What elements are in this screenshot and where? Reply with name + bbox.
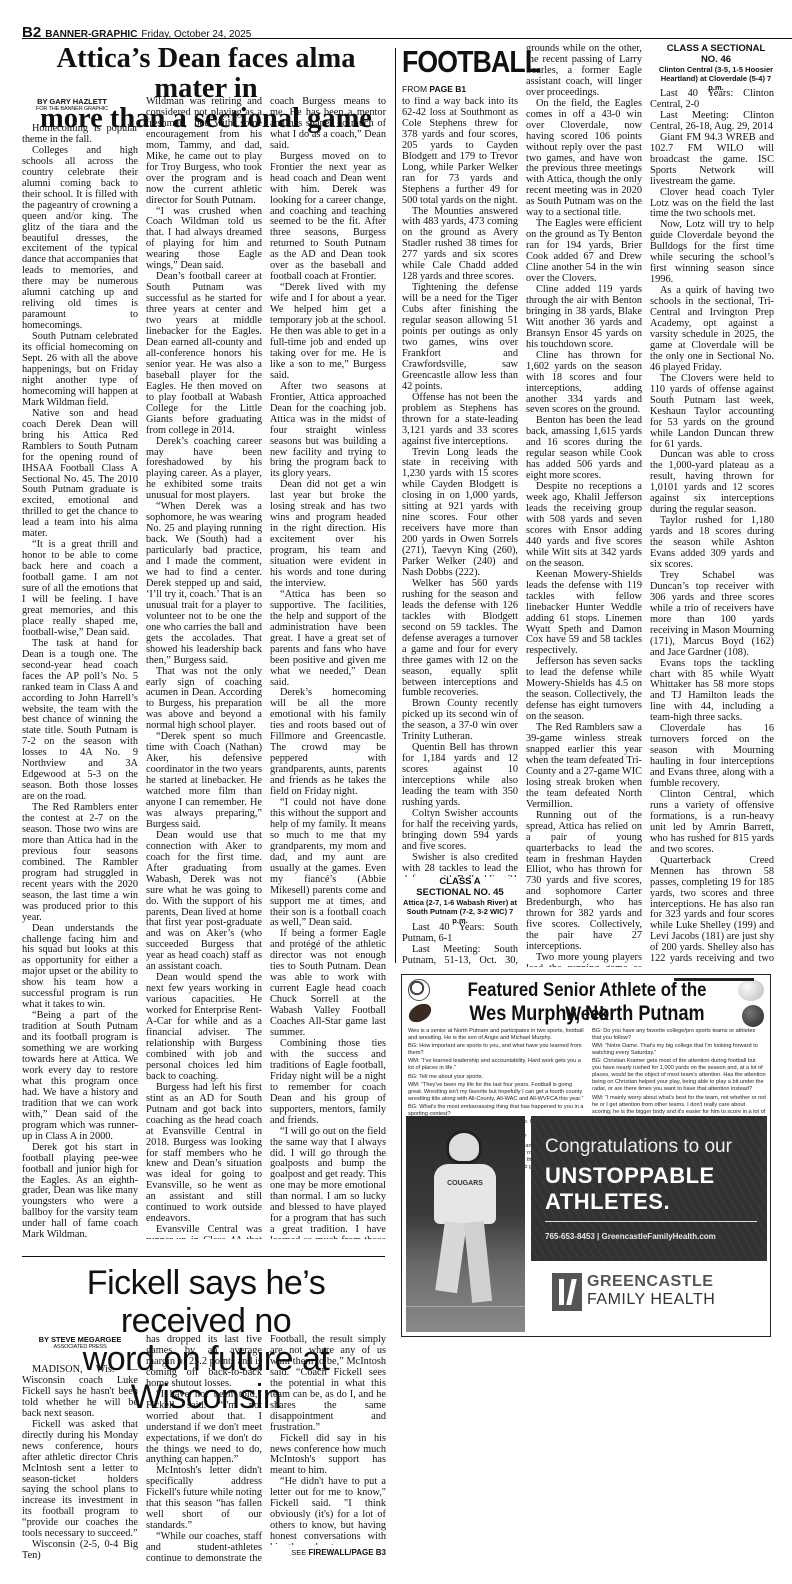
paragraph: Wes is a senior at North Putnam and part… (408, 1028, 586, 1042)
football-column-3: Last 40 Years: Clinton Central, 2-0Last … (650, 89, 774, 967)
football-column-1: to find a way back into its 62-42 loss a… (402, 97, 518, 877)
jump-target: FIREWALL/PAGE B3 (308, 1548, 386, 1557)
jump-from: FROM PAGE B1 (402, 84, 466, 94)
paragraph: Coltyn Swisher accounts for half the rec… (402, 809, 518, 853)
paragraph: Two more young players lead the running … (526, 953, 642, 967)
sectional-title: CLASS A SECTIONAL (650, 44, 782, 55)
ad-divider (545, 1221, 757, 1222)
paragraph: Cline added 119 yards through the air wi… (526, 285, 642, 351)
paragraph: Evansville Central was runner-up in Clas… (146, 1225, 262, 1239)
paragraph: “I could not have done this without the … (270, 798, 386, 929)
paragraph: “Derek spent so much time with Coach (Na… (146, 732, 262, 831)
paragraph: The Mounties answered with 483 yards, 47… (402, 207, 518, 284)
paragraph: Quarterback Creed Mennen has thrown 58 p… (650, 856, 774, 967)
paragraph: “Being a part of the tradition at South … (22, 1011, 138, 1142)
paragraph: Clover head coach Tyler Lotz was on the … (650, 188, 774, 221)
sectional-matchup: Attica (2-7, 1-6 Wabash River) at South … (402, 898, 518, 925)
story2-column-3: Football, the result simply are not wher… (270, 1335, 386, 1545)
ad-line-1: Congratulations to our (545, 1136, 732, 1158)
paragraph: Last Meeting: South Putnam, 51-13, Oct. … (402, 945, 518, 967)
paragraph: Taylor rushed for 1,180 yards and 18 sco… (650, 516, 774, 571)
athlete-name: Wes Murphy, North Putnam (445, 1002, 729, 1026)
paragraph: has dropped its last five games by an av… (146, 1335, 262, 1390)
story1-column-2: Wildman was retiring and considered not … (146, 97, 262, 1239)
paragraph: Duncan was able to cross the 1,000-yard … (650, 450, 774, 516)
paragraph: “I have not been told,” Fickell said. “I… (146, 1390, 262, 1467)
paragraph: “It is a great thrill and honor to be ab… (22, 540, 138, 639)
football-kicker: FOOTBALL (402, 44, 540, 80)
paragraph: Offense has not been the problem as Step… (402, 393, 518, 448)
paragraph: Derek’s homecoming will be all the more … (270, 688, 386, 798)
paragraph: coach Burgess means to me. He has been a… (270, 97, 386, 152)
athlete-photo: COUGARS (406, 1116, 525, 1332)
paragraph: As a quirk of having two schools in the … (650, 286, 774, 374)
paragraph: WM: “Notre Dame. That's my big college t… (592, 1043, 766, 1057)
paragraph: Homecoming is popular theme in the fall. (22, 124, 138, 146)
paragraph: Brown County recently picked up its seco… (402, 699, 518, 743)
jersey: COUGARS (434, 1164, 496, 1224)
paragraph: The Eagles were efficient on the ground … (526, 219, 642, 285)
story1-column-1: Homecoming is popular theme in the fall.… (22, 124, 138, 1239)
volleyball-icon (738, 979, 764, 1001)
ad-contact: 765-653-8453 | GreencastleFamilyHealth.c… (545, 1232, 716, 1241)
paragraph: Dean would use that connection with Aker… (146, 831, 262, 973)
folio: B2 BANNER-GRAPHIC Friday, October 24, 20… (22, 24, 251, 44)
paragraph: Jefferson has seven sacks to lead the de… (526, 657, 642, 723)
paragraph: Cline has thrown for 1,602 yards on the … (526, 351, 642, 417)
sectional-45-notes: Last 40 Years: South Putnam, 6-1Last Mee… (402, 923, 518, 967)
paragraph: If being a former Eagle and protégé of t… (270, 929, 386, 1039)
story2-byline: BY STEVE MEGARGEE ASSOCIATED PRESS (22, 1335, 138, 1350)
paragraph: Derek’s coaching career may have been fo… (146, 437, 262, 503)
paragraph: Running out of the spread, Attica has re… (526, 811, 642, 953)
byline-org: FOR THE BANNER GRAPHIC (22, 106, 122, 112)
paragraph: WM: “I've learned leadership and account… (408, 1058, 586, 1072)
paragraph: grounds while on the other, the recent p… (526, 44, 642, 99)
paragraph: Dean’s football career at South Putnam w… (146, 272, 262, 436)
paragraph: Dean would spend the next few years work… (146, 973, 262, 1083)
paragraph: After two seasons at Frontier, Attica ap… (270, 382, 386, 481)
paragraph: Benton has been the lead back, amassing … (526, 416, 642, 482)
paragraph: Burgess had left his first stint as an A… (146, 1083, 262, 1225)
paragraph: McIntosh's letter didn't specifically ad… (146, 1466, 262, 1532)
paragraph: Dean did not get a win last year but bro… (270, 480, 386, 590)
soccer-ball-icon (408, 979, 430, 1001)
paragraph: Last 40 Years: South Putnam, 6-1 (402, 923, 518, 945)
paragraph: Giant FM 94.3 WREB and 102.7 FM WILO wil… (650, 133, 774, 188)
paragraph: “I was crushed when Coach Wildman told u… (146, 207, 262, 273)
logo-line-1: GREENCASTLE (587, 1273, 715, 1291)
paragraph: BG: How important are sports to you, and… (408, 1043, 586, 1057)
paragraph: “I will go out on the field the same way… (270, 1127, 386, 1239)
paragraph: South Putnam celebrated its official hom… (22, 332, 138, 409)
greencastle-logo-text: GREENCASTLE FAMILY HEALTH (587, 1273, 715, 1309)
paragraph: “When Derek was a sophomore, he was wear… (146, 502, 262, 666)
paragraph: MADISON, Wis. — Wisconsin coach Luke Fic… (22, 1365, 138, 1420)
sectional-title: SECTIONAL NO. 45 (402, 888, 518, 899)
paragraph: WM: “They've been my life for the last f… (408, 1082, 586, 1103)
featured-athlete-box: Featured Senior Athlete of the Week Wes … (401, 974, 771, 1337)
greencastle-logo-icon (552, 1273, 582, 1311)
paragraph: Tightening the defense will be a need fo… (402, 283, 518, 393)
top-rule (22, 38, 792, 39)
see-label: SEE (291, 1548, 306, 1557)
sectional-matchup: Clinton Central (3-5, 1-5 Hoosier Heartl… (650, 65, 782, 92)
leg (435, 1221, 467, 1293)
paragraph: Trevin Long leads the state in receiving… (402, 448, 518, 579)
byline-org: ASSOCIATED PRESS (22, 1344, 138, 1350)
paragraph: BG: Christian Kramer gets most of the at… (592, 1058, 766, 1093)
paragraph: “Attica has been so supportive. The faci… (270, 590, 386, 689)
paragraph: Despite no receptions a week ago, Khalil… (526, 482, 642, 570)
football-icon (406, 1000, 435, 1026)
paragraph: On the field, the Eagles comes in off a … (526, 99, 642, 219)
yard-line (406, 1306, 525, 1307)
paragraph: Wisconsin (2-5, 0-4 Big Ten) (22, 1540, 138, 1562)
sectional-title: NO. 46 (650, 55, 782, 66)
paragraph: Trey Schabel was Duncan’s top receiver w… (650, 571, 774, 659)
paragraph: That was not the only early sign of coac… (146, 667, 262, 733)
paragraph: Native son and head coach Derek Dean wil… (22, 409, 138, 540)
byline-name: BY GARY HAZLETT (22, 97, 122, 106)
headline-line: Fickell says he’s received no (22, 1264, 390, 1340)
paragraph: “Derek lived with my wife and I for abou… (270, 283, 386, 382)
football-column-2: grounds while on the other, the recent p… (526, 44, 642, 967)
byline-name: BY STEVE MEGARGEE (22, 1335, 138, 1344)
ad-line-2: UNSTOPPABLE (545, 1164, 715, 1188)
leg (464, 1221, 492, 1303)
story2-column-1: MADISON, Wis. — Wisconsin coach Luke Fic… (22, 1365, 138, 1565)
paragraph: Quentin Bell has thrown for 1,184 yards … (402, 743, 518, 809)
ad-line-3: ATHLETES. (545, 1190, 670, 1214)
paragraph: Dean understands the challenge facing hi… (22, 924, 138, 1012)
story1-column-3: coach Burgess means to me. He has been a… (270, 97, 386, 1239)
paragraph: to find a way back into its 62-42 loss a… (402, 97, 518, 207)
headline-line: Attica’s Dean faces alma mater in (22, 44, 390, 104)
paragraph: Welker has 560 yards rushing for the sea… (402, 579, 518, 699)
paragraph: Football, the result simply are not wher… (270, 1335, 386, 1434)
paragraph: Clinton Central, which runs a variety of… (650, 790, 774, 856)
paragraph: Swisher is also credited with 28 tackles… (402, 853, 518, 877)
sectional-45-box: CLASS A SECTIONAL NO. 45 Attica (2-7, 1-… (402, 877, 518, 925)
paragraph: “While our coaches, staff and student-at… (146, 1532, 262, 1565)
sectional-title: CLASS A (402, 877, 518, 888)
basketball-icon (742, 1005, 764, 1027)
from-page: PAGE B1 (429, 84, 466, 94)
jump-see[interactable]: SEE FIREWALL/PAGE B3 (270, 1548, 386, 1557)
paragraph: Fickell did say in his news conference h… (270, 1434, 386, 1478)
paragraph: Colleges and high schools all across the… (22, 146, 138, 332)
jersey-text: COUGARS (434, 1180, 496, 1187)
greencastle-ad[interactable]: Congratulations to our UNSTOPPABLE ATHLE… (531, 1116, 767, 1261)
paragraph: The task at hand for Dean is a tough one… (22, 639, 138, 803)
paragraph: Combining those ties with the success an… (270, 1039, 386, 1127)
paragraph: Now, Lotz will try to help guide Cloverd… (650, 220, 774, 286)
column-divider (395, 48, 396, 963)
paragraph: BG: Do you have any favorite college/pro… (592, 1028, 766, 1042)
helmet (446, 1130, 482, 1164)
paragraph: Burgess moved on to Frontier the next ye… (270, 152, 386, 283)
paragraph: Evans tops the tackling chart with 85 wh… (650, 659, 774, 725)
paragraph: BG: Tell me about your sports. (408, 1074, 586, 1081)
paragraph: The Red Ramblers saw a 39-game winless s… (526, 723, 642, 811)
paragraph: Last Meeting: Clinton Central, 26-18, Au… (650, 111, 774, 133)
paragraph: The Red Ramblers enter the contest at 2-… (22, 803, 138, 923)
story2-column-2: has dropped its last five games by an av… (146, 1335, 262, 1565)
paragraph: Last 40 Years: Clinton Central, 2-0 (650, 89, 774, 111)
paragraph: Cloverdale has 16 turnovers forced on th… (650, 724, 774, 790)
from-label: FROM (402, 84, 427, 94)
paragraph: Fickell was asked that directly during h… (22, 1420, 138, 1540)
paragraph: Wildman was retiring and considered not … (146, 97, 262, 207)
logo-line-2: FAMILY HEALTH (587, 1291, 715, 1309)
story1-byline: BY GARY HAZLETT FOR THE BANNER GRAPHIC (22, 97, 122, 112)
paragraph: Derek got his start in football playing … (22, 1143, 138, 1239)
paragraph: Keenan Mowery-Shields leads the defense … (526, 570, 642, 658)
paragraph: “He didn't have to put a letter out for … (270, 1477, 386, 1545)
sectional-46-box: CLASS A SECTIONAL NO. 46 Clinton Central… (650, 44, 782, 92)
paragraph: The Clovers were held to 110 yards of of… (650, 374, 774, 451)
story-divider (22, 1256, 385, 1257)
